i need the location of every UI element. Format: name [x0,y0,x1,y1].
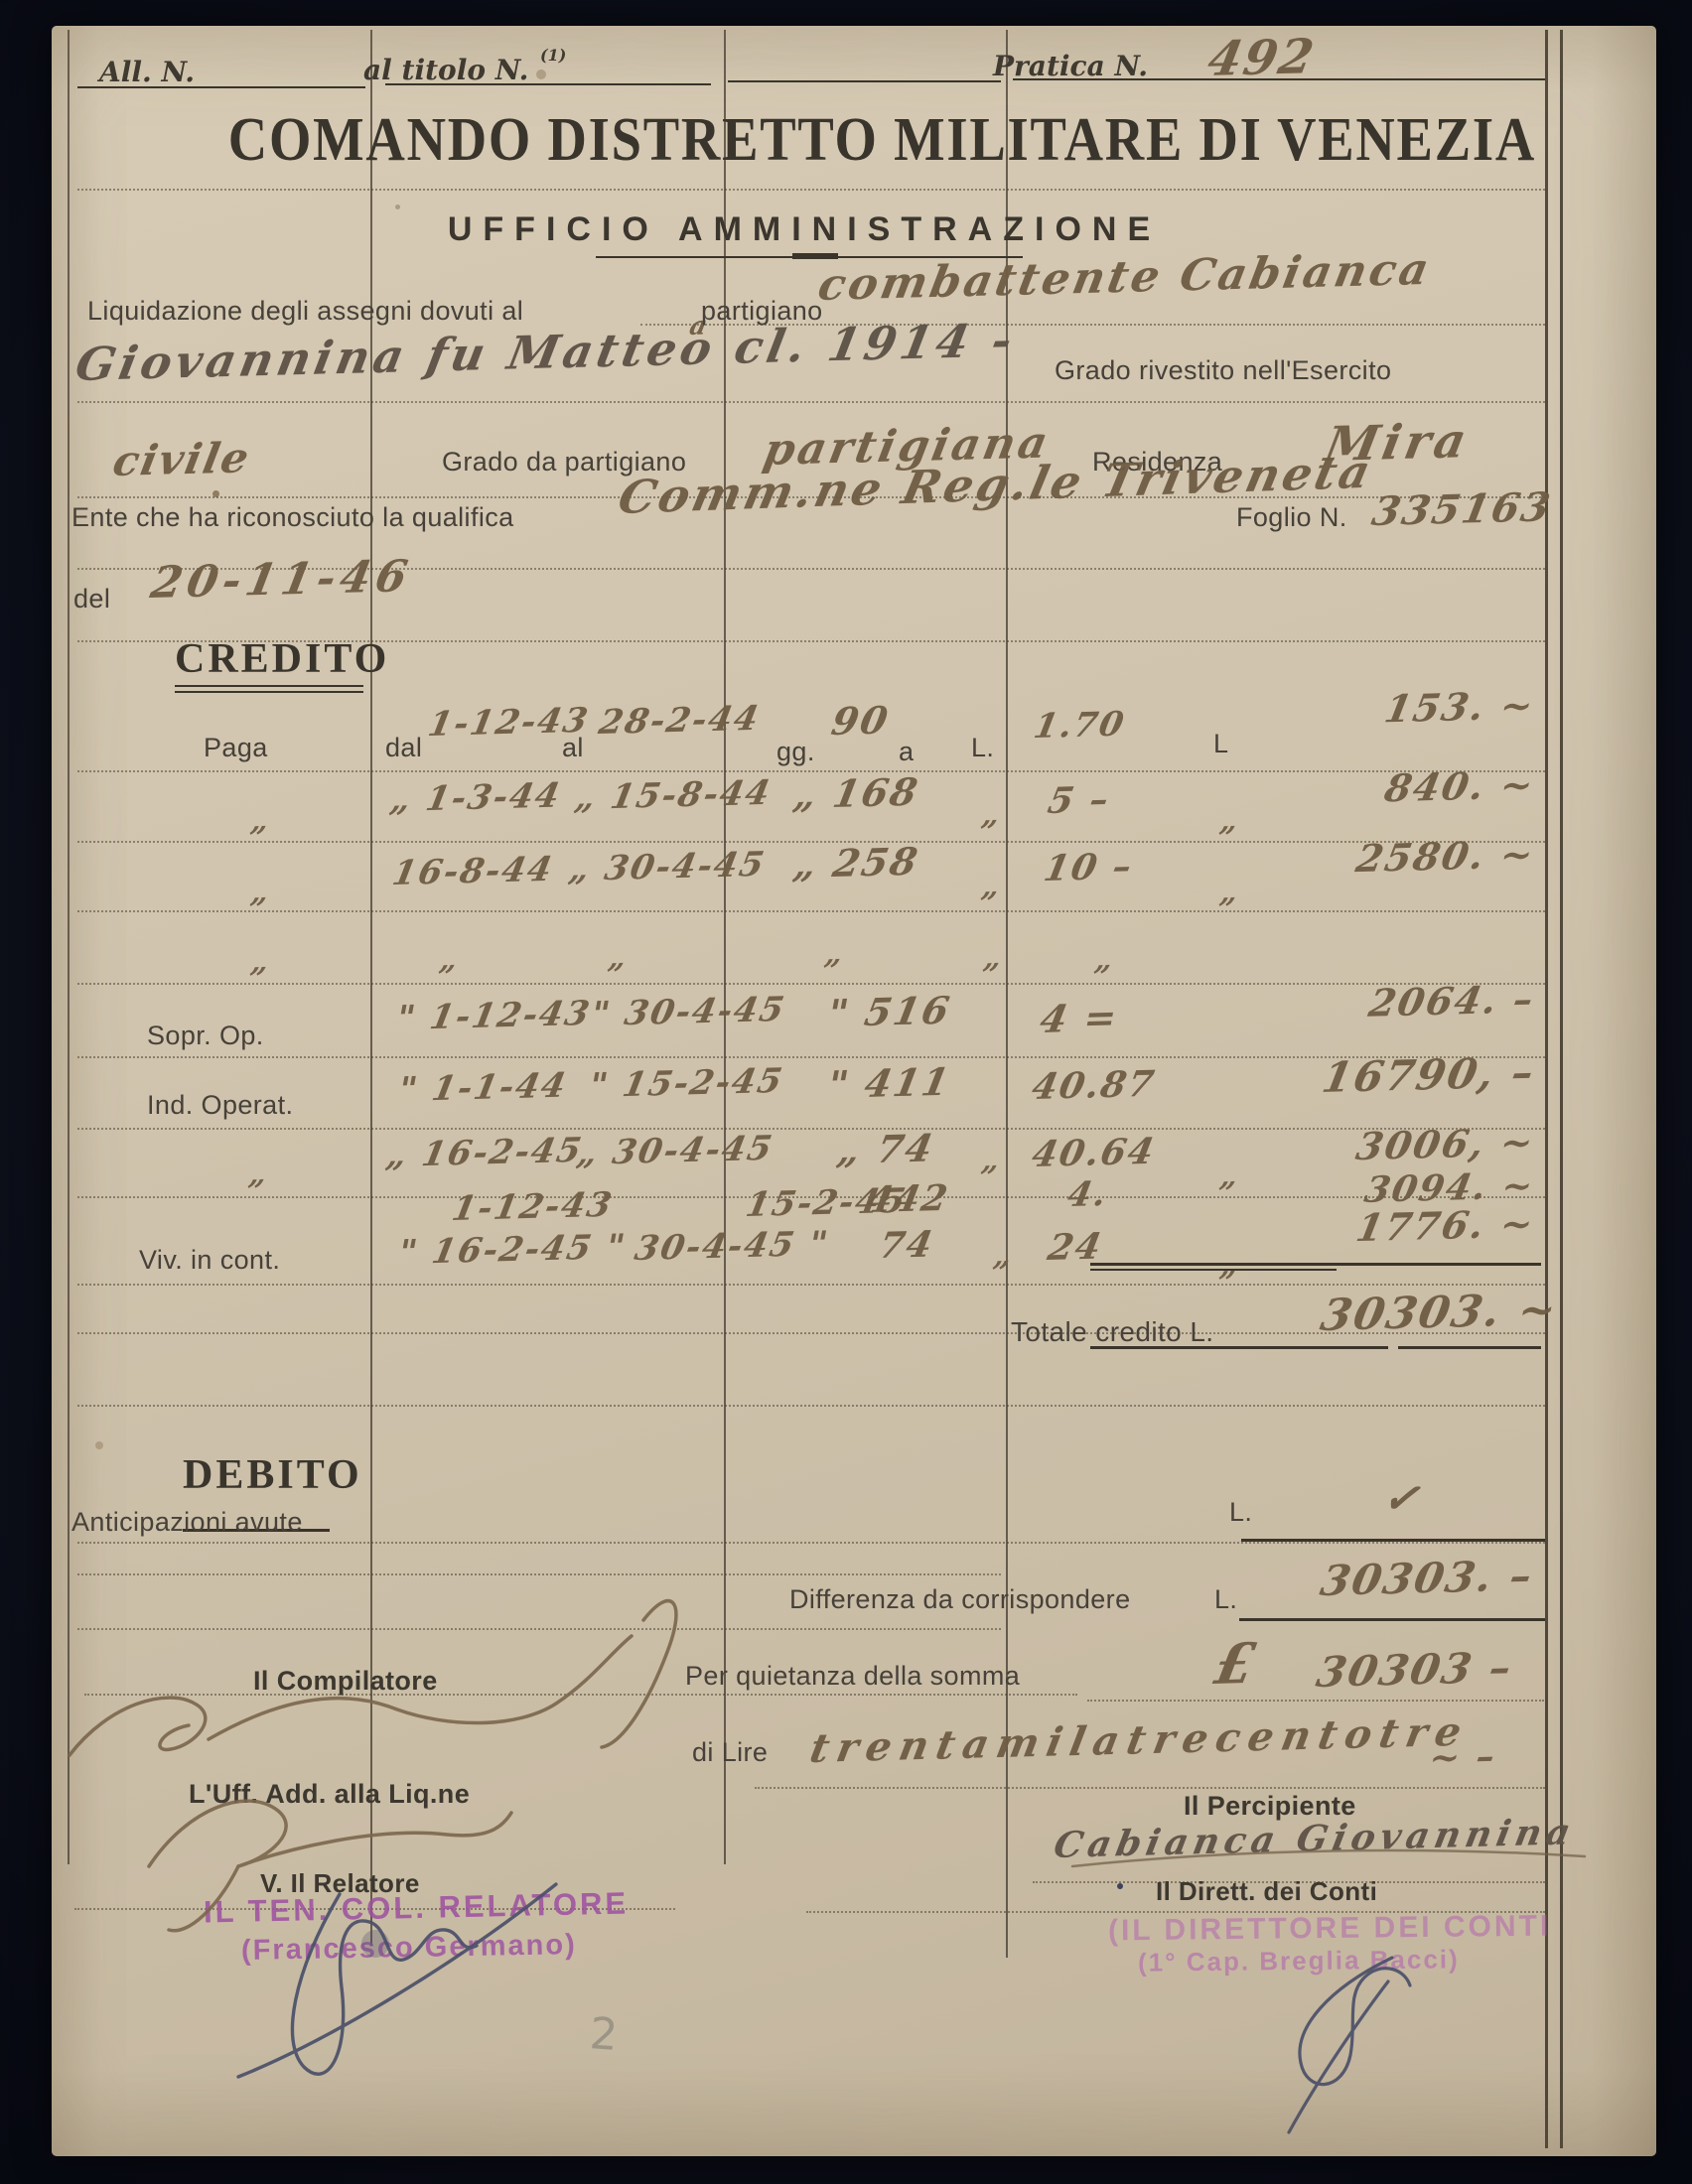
paper-speck [395,205,400,209]
row3-amount: 2580. ~ [1281,831,1539,883]
paper-speck [536,69,546,79]
row7-date-to: „ 30-4-45 [574,1129,776,1173]
row1-amount: 153. ~ [1281,682,1539,734]
row5-date-from: " 1-12-43 [393,994,595,1038]
row9-date-from: " 16-2-45 " [395,1227,630,1273]
row6-rate: 40.87 [1029,1063,1159,1108]
label-uff-liq: L'Uff. Add. alla Liq.ne [189,1779,470,1810]
row5-rate: 4 = [1037,995,1122,1041]
row5-label: Sopr. Op. [147,1021,264,1051]
row9-label: Viv. in cont. [139,1245,280,1276]
field-pratica-value: 492 [1203,29,1320,87]
field-al-titolo: al titolo N. [363,54,528,86]
row1-date-to: 28-2-44 [596,699,764,743]
row7-amount: 3006, ~ [1281,1119,1539,1170]
anticipazioni-rule [1241,1539,1545,1542]
page-subtitle: UFFICIO AMMINISTRAZIONE [427,210,1182,249]
row7-date-from: „ 16-2-45 [383,1131,586,1175]
fill-line [77,910,1545,912]
hand-differenza-value: 30303. – [1317,1551,1538,1605]
label-differenza-l: L. [1214,1584,1237,1615]
row3-date-to: „ 30-4-45 [566,845,769,889]
fill-line [77,189,1545,191]
field-pratica: Pratica N. [993,50,1148,82]
row2-date-to: „ 15-8-44 [572,773,775,818]
totale-rule-bottom [1398,1346,1541,1349]
row1-dal: dal [385,733,422,763]
debito-heading: DEBITO [183,1451,362,1499]
row6-date-to: " 15-2-45 [586,1061,787,1106]
pencil-page-mark: 2 [588,2008,619,2061]
row9-gg: 74 [876,1224,937,1267]
totale-label: Totale credito L. [1011,1316,1213,1348]
credito-underline [175,685,363,687]
row9-date-to: 30-4-45 " [632,1224,833,1269]
row3-date-from: 16-8-44 [389,850,557,893]
totale-value: 30303. ~ [1317,1285,1562,1341]
row1-label: Paga [204,733,268,763]
row1-al: al [562,733,584,763]
label-dirett: Il Dirett. dei Conti [1156,1876,1377,1907]
hand-anticipazioni-check: ✓ [1380,1471,1424,1526]
subtitle-rule-thick [792,253,838,259]
row5-date-to: " 30-4-45 [588,990,789,1034]
column-rule [68,30,70,1864]
totale-rule-top [1090,1263,1541,1266]
hand-quietanza-value: 30303 – [1313,1643,1517,1697]
row5-gg: " 516 [824,988,954,1035]
row1-a-label: a [899,737,914,767]
row3-rate: 10 – [1041,846,1137,889]
fill-line [77,1284,1545,1286]
credito-underline [175,691,363,693]
label-foglio: Foglio N. [1236,502,1347,533]
row2-rate: 5 – [1045,778,1114,822]
row6-date-from: " 1-1-44 [395,1066,571,1110]
label-di-lire: di Lire [692,1737,768,1768]
label-lira: L. [1229,1497,1252,1528]
row3-gg: „ 258 [790,839,922,887]
fill-line [77,1628,1001,1630]
stamp-direttore-line1: (IL DIRETTORE DEI CONTI [1108,1910,1552,1949]
label-liquidazione: Liquidazione degli assegni dovuti al [87,296,523,327]
row1-l-label: L. [971,733,994,763]
row8-gg: 442 [864,1177,952,1221]
stamp-direttore-line2: (1° Cap. Breglia Bacci) [1138,1944,1460,1978]
label-quietanza: Per quietanza della somma [685,1661,1020,1692]
label-compilatore: Il Compilatore [253,1666,438,1697]
row2-date-from: „ 1-3-44 [387,776,565,820]
label-differenza: Differenza da corrispondere [789,1584,1131,1615]
row7-gg: „ 74 [834,1126,938,1172]
hand-foglio: 335163 [1368,483,1556,535]
row9-amount: 1776. ~ [1281,1200,1539,1252]
row1-gg-label: gg. [776,737,815,767]
row2-gg: „ 168 [790,769,922,817]
fill-line [1087,1700,1544,1702]
label-ente: Ente che ha riconosciuto la qualifica [71,502,514,533]
field-all-n: All. N. [99,56,195,88]
row6-gg: " 411 [824,1059,954,1107]
fill-line [77,1542,1545,1544]
row5-amount: 2064. – [1281,976,1539,1027]
fill-line [755,1787,1545,1789]
row6-amount: 16790, – [1281,1047,1539,1103]
fill-line [77,401,1545,403]
fill-line [77,1573,1001,1575]
field-al-titolo-note: (1) [540,46,566,65]
row1-lsep: L [1213,729,1228,759]
row2-amount: 840. ~ [1281,761,1539,813]
row1-gg: 90 [828,698,894,744]
row7-rate: 40.64 [1029,1131,1159,1175]
label-del: del [73,584,110,614]
label-anticipazioni: Anticipazioni avute [71,1507,303,1538]
page-title: COMANDO DISTRETTO MILITARE DI VENEZIA [228,105,1390,176]
hand-di-lire-tail: ~ – [1426,1735,1500,1779]
label-grado-esercito: Grado rivestito nell'Esercito [1055,355,1391,386]
paper-speck [95,1441,103,1449]
row6-label: Ind. Operat. [147,1090,293,1121]
hand-del: 20-11-46 [147,551,416,609]
credito-heading: CREDITO [175,635,389,683]
fill-line [84,1694,1077,1696]
hand-civile: civile [109,433,254,485]
totale-rule-top [1090,1269,1337,1271]
row9-rate: 24 [1045,1226,1106,1269]
stamp-relatore-line2: (Francesco Germano) [241,1929,577,1968]
row1-rate: 1.70 [1031,705,1129,747]
differenza-rule [1239,1618,1545,1621]
row8-rate: 4. [1064,1174,1111,1215]
header-underline [728,80,1001,82]
fill-line [77,1405,1545,1407]
row8-date-from: 1-12-43 [449,1185,617,1229]
scan-background: All. N. al titolo N. (1) Pratica N. 492 … [0,0,1692,2184]
